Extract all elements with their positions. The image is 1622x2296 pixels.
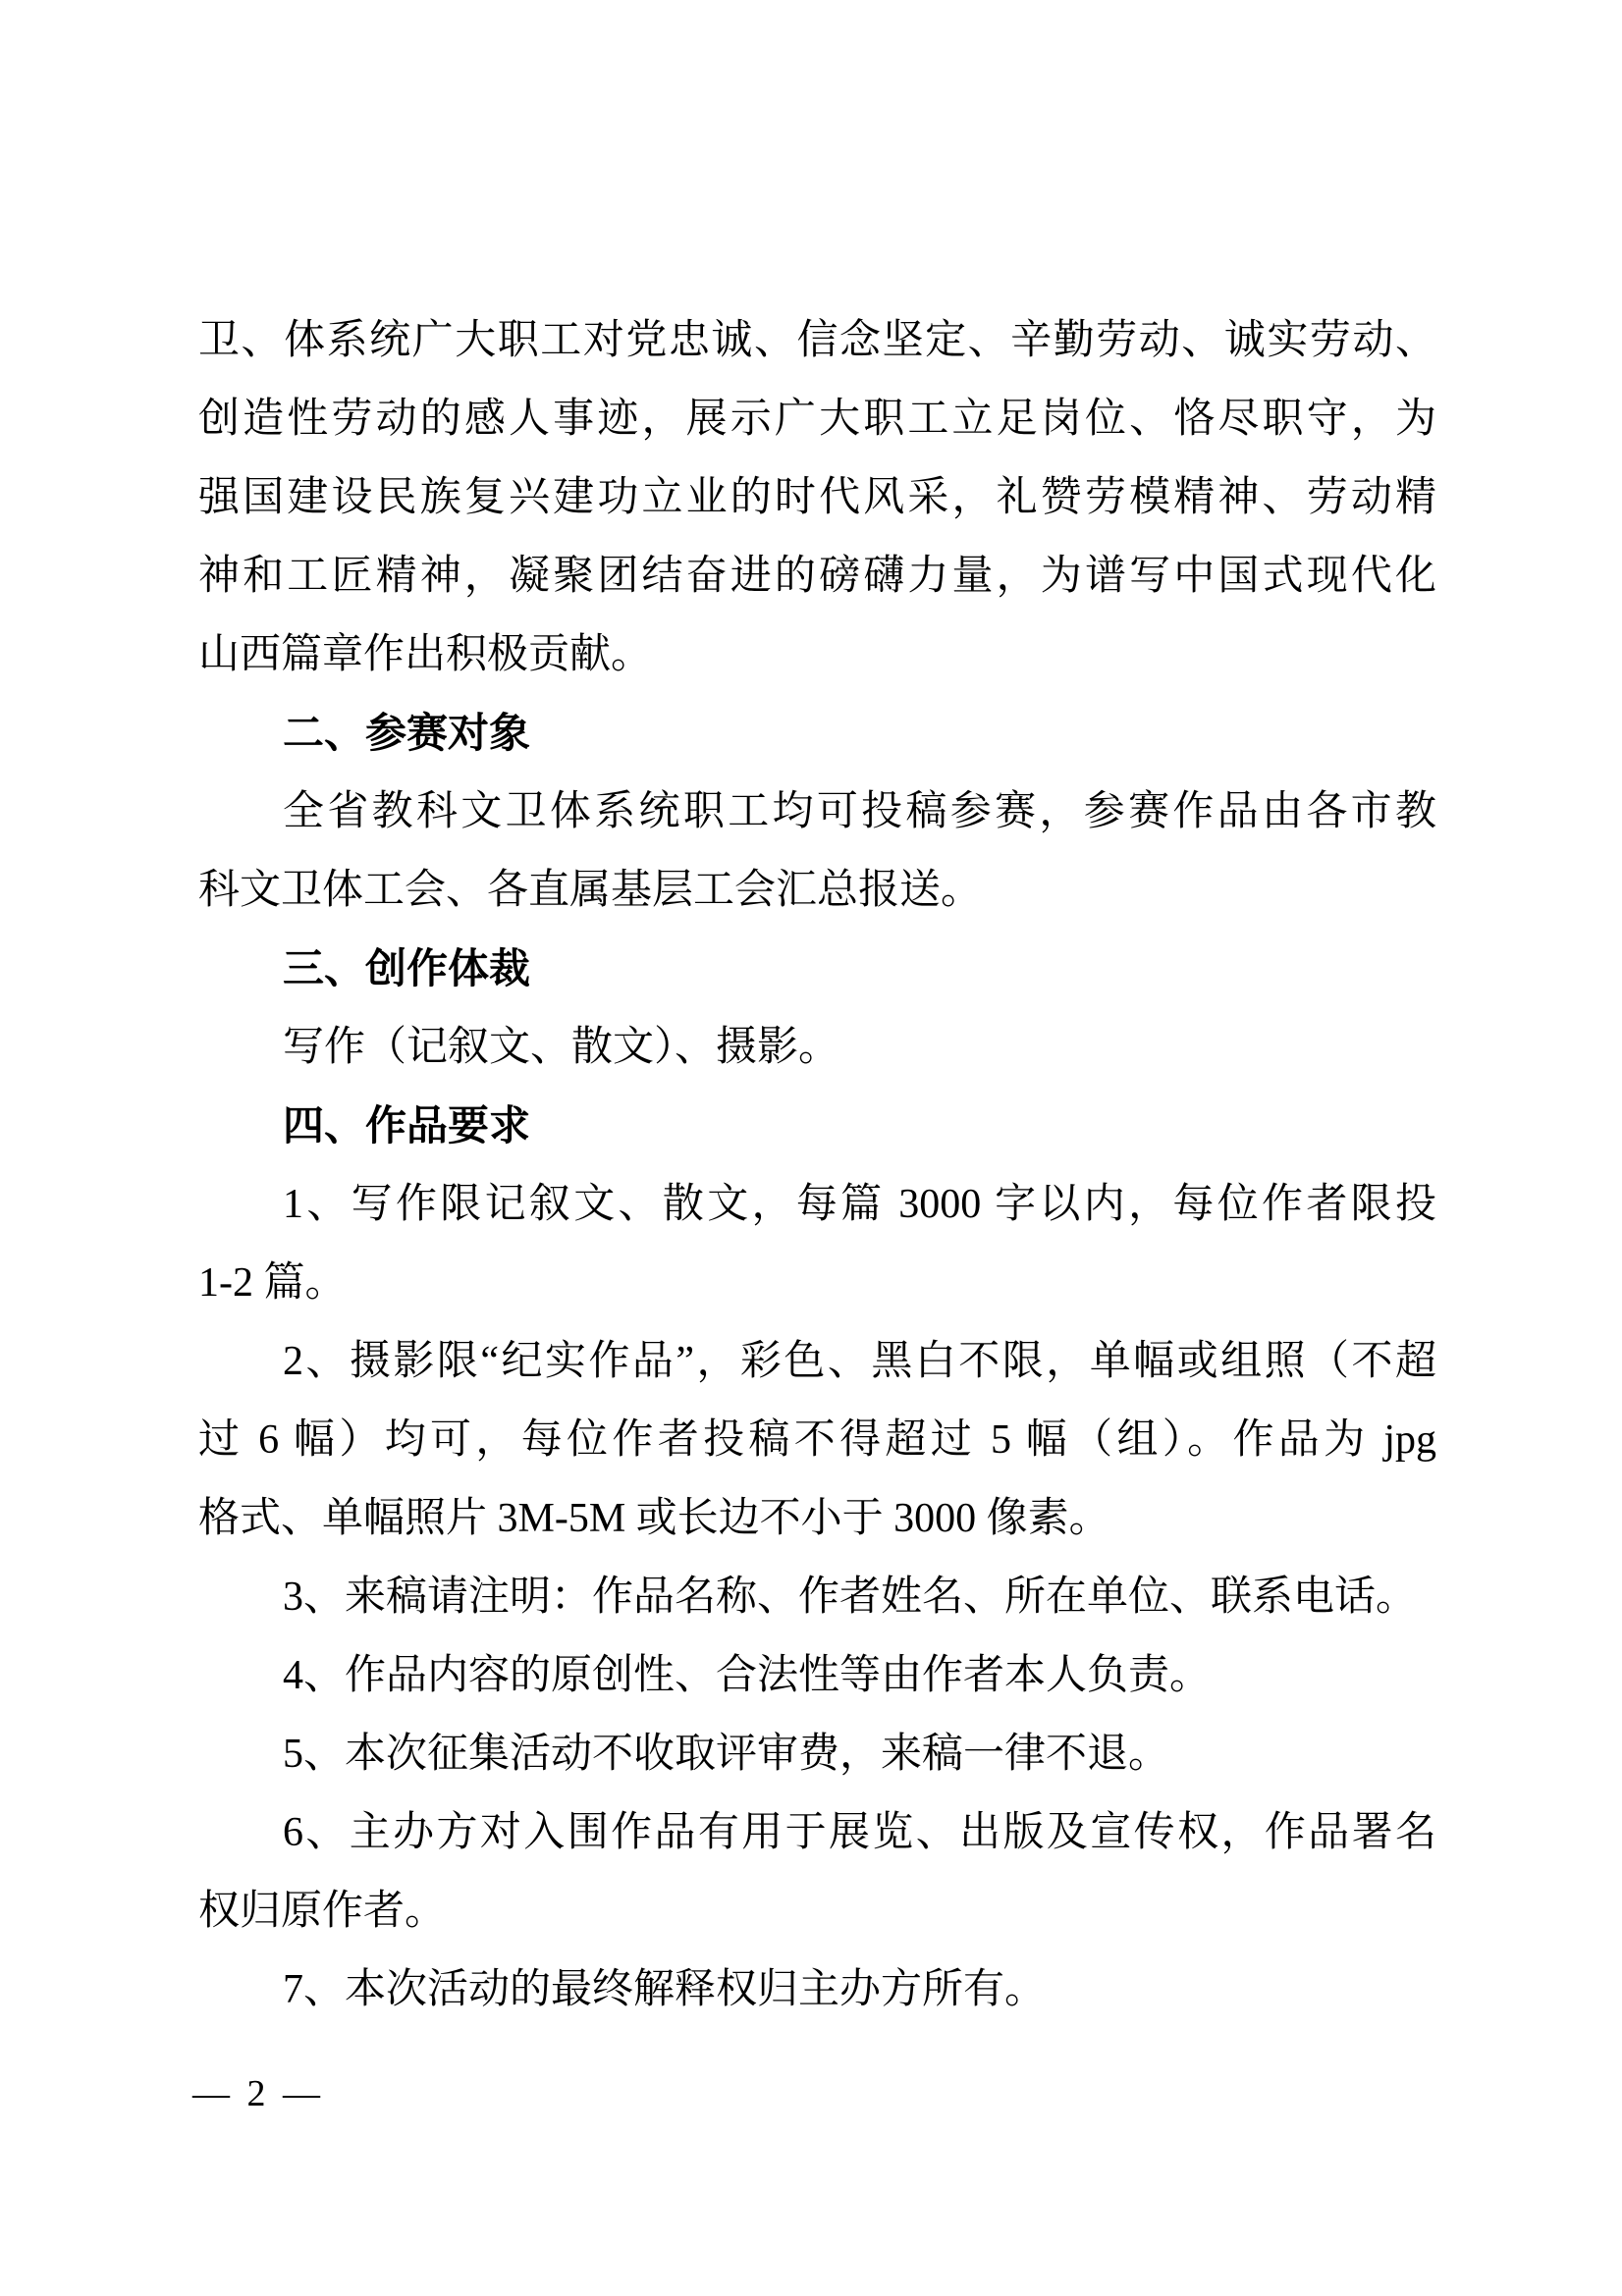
body-line: 创造性劳动的感人事迹，展示广大职工立足岗位、恪尽职守，为 [198, 380, 1436, 458]
body-line: 山西篇章作出积极贡献。 [198, 615, 1436, 694]
document-body: 卫、体系统广大职工对党忠诚、信念坚定、辛勤劳动、诚实劳动、 创造性劳动的感人事迹… [198, 301, 1436, 2029]
section-heading-entrants: 二、参赛对象 [198, 694, 1436, 773]
body-line: 格式、单幅照片 3M-5M 或长边不小于 3000 像素。 [198, 1479, 1436, 1558]
body-line: 6、主办方对入围作品有用于展览、出版及宣传权，作品署名 [198, 1793, 1436, 1872]
page-number: — 2 — [192, 2069, 324, 2118]
body-line: 5、本次征集活动不收取评审费，来稿一律不退。 [198, 1715, 1436, 1793]
body-line: 科文卫体工会、各直属基层工会汇总报送。 [198, 851, 1436, 930]
body-line: 权归原作者。 [198, 1872, 1436, 1950]
body-line: 2、摄影限“纪实作品”，彩色、黑白不限，单幅或组照（不超 [198, 1322, 1436, 1401]
document-page: 卫、体系统广大职工对党忠诚、信念坚定、辛勤劳动、诚实劳动、 创造性劳动的感人事迹… [0, 0, 1622, 2296]
body-line: 卫、体系统广大职工对党忠诚、信念坚定、辛勤劳动、诚实劳动、 [198, 301, 1436, 380]
body-line: 强国建设民族复兴建功立业的时代风采，礼赞劳模精神、劳动精 [198, 458, 1436, 537]
body-line: 1-2 篇。 [198, 1244, 1436, 1322]
body-line: 神和工匠精神，凝聚团结奋进的磅礴力量，为谱写中国式现代化 [198, 537, 1436, 615]
body-line: 全省教科文卫体系统职工均可投稿参赛，参赛作品由各市教 [198, 773, 1436, 851]
body-line: 4、作品内容的原创性、合法性等由作者本人负责。 [198, 1636, 1436, 1715]
body-line: 3、来稿请注明：作品名称、作者姓名、所在单位、联系电话。 [198, 1558, 1436, 1636]
section-heading-genres: 三、创作体裁 [198, 930, 1436, 1008]
body-line: 1、写作限记叙文、散文，每篇 3000 字以内，每位作者限投 [198, 1165, 1436, 1244]
body-line: 写作（记叙文、散文）、摄影。 [198, 1008, 1436, 1087]
body-line: 过 6 幅）均可，每位作者投稿不得超过 5 幅（组）。作品为 jpg [198, 1401, 1436, 1479]
body-line: 7、本次活动的最终解释权归主办方所有。 [198, 1950, 1436, 2029]
section-heading-requirements: 四、作品要求 [198, 1087, 1436, 1165]
